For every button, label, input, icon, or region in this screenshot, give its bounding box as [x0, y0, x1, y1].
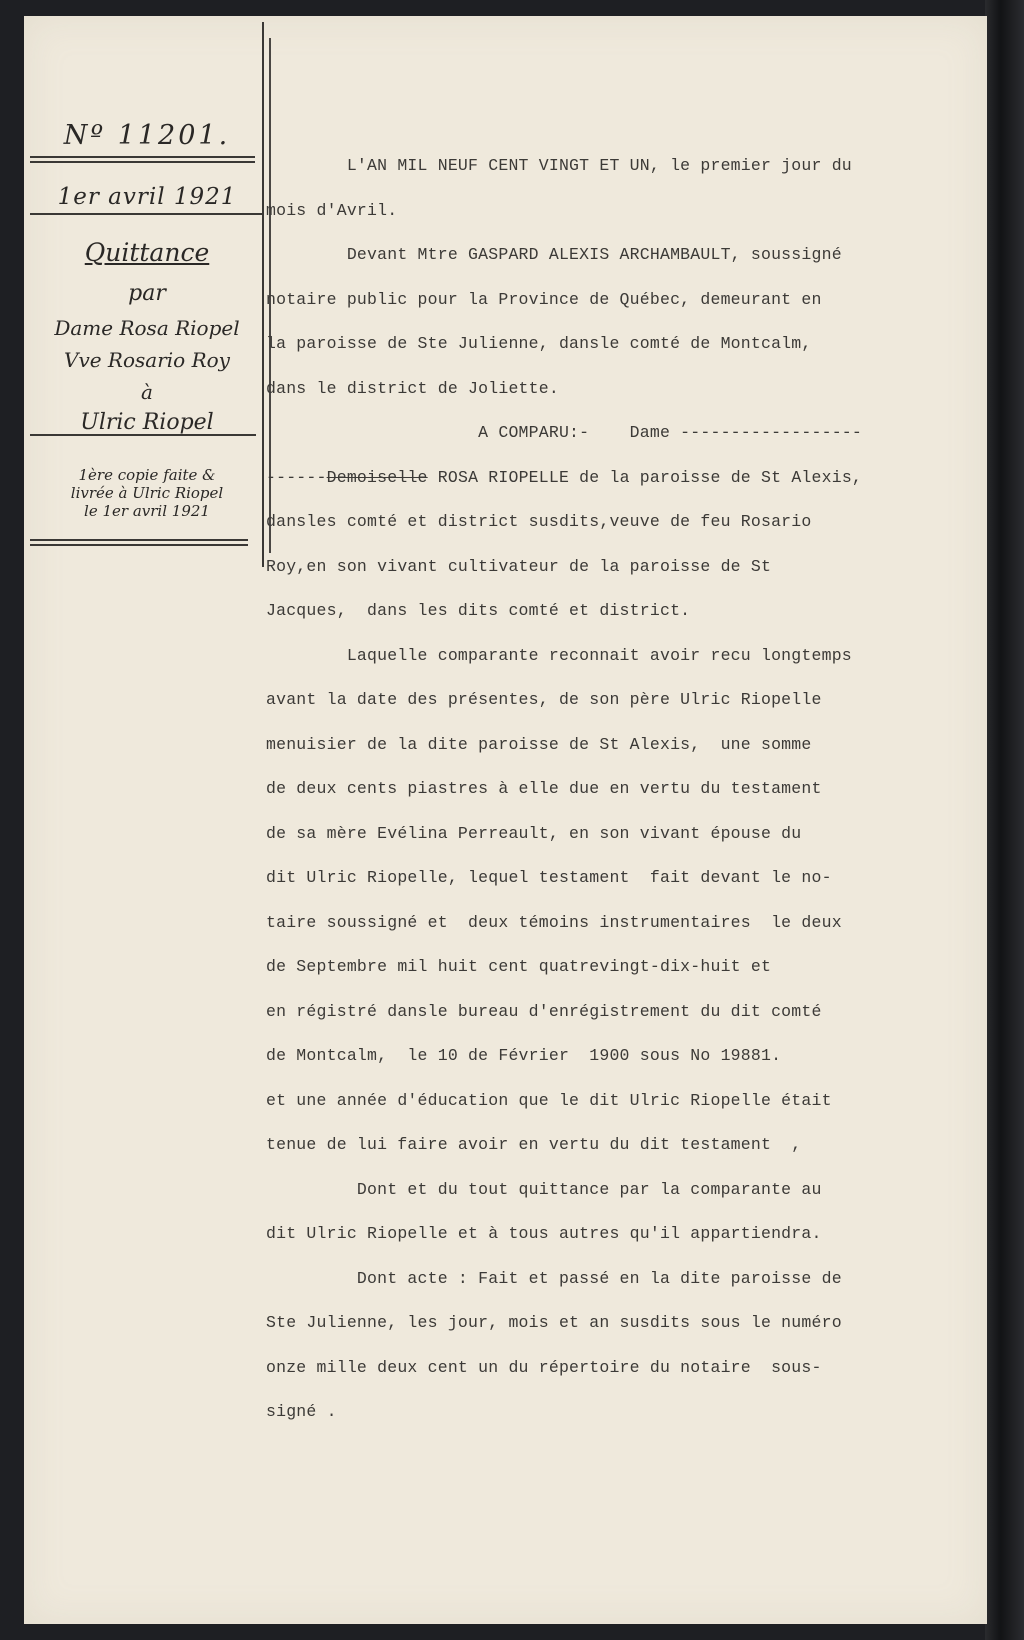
party1-name: Dame Rosa Riopel	[32, 316, 262, 340]
text-line: signé .	[266, 1390, 986, 1435]
text-line: avant la date des présentes, de son père…	[266, 678, 986, 723]
text-line: Ste Julienne, les jour, mois et an susdi…	[266, 1301, 986, 1346]
text-line: taire soussigné et deux témoins instrume…	[266, 901, 986, 946]
text-line: de Septembre mil huit cent quatrevingt-d…	[266, 945, 986, 990]
text-line: dit Ulric Riopelle et à tous autres qu'i…	[266, 1212, 986, 1257]
copy-note-line: le 1er avril 1921	[32, 502, 262, 520]
text-line: de deux cents piastres à elle due en ver…	[266, 767, 986, 812]
text-line: notaire public pour la Province de Québe…	[266, 278, 986, 323]
dash-fill: ------	[266, 468, 327, 487]
margin-divider	[30, 539, 248, 541]
text-line: tenue de lui faire avoir en vertu du dit…	[266, 1123, 986, 1168]
text-line: Dont acte : Fait et passé en la dite par…	[266, 1257, 986, 1302]
text-line: dit Ulric Riopelle, lequel testament fai…	[266, 856, 986, 901]
text-line: L'AN MIL NEUF CENT VINGT ET UN, le premi…	[266, 144, 986, 189]
text-line: menuisier de la dite paroisse de St Alex…	[266, 723, 986, 768]
margin-a: à	[32, 380, 262, 404]
struck-word: Demoiselle	[327, 468, 428, 487]
text-line: Dont et du tout quittance par la compara…	[266, 1168, 986, 1213]
copy-note-line: livrée à Ulric Riopel	[32, 484, 262, 502]
text-line: Devant Mtre GASPARD ALEXIS ARCHAMBAULT, …	[266, 233, 986, 278]
act-number: Nº 11201.	[32, 120, 262, 151]
text-line: onze mille deux cent un du répertoire du…	[266, 1346, 986, 1391]
text-line: dans le district de Joliette.	[266, 367, 986, 412]
text-line: la paroisse de Ste Julienne, dansle comt…	[266, 322, 986, 367]
margin-rule	[262, 22, 264, 567]
text-line: Jacques, dans les dits comté et district…	[266, 589, 986, 634]
text-line: dansles comté et district susdits,veuve …	[266, 500, 986, 545]
deed-text: L'AN MIL NEUF CENT VINGT ET UN, le premi…	[266, 144, 986, 1435]
text-line: Laquelle comparante reconnait avoir recu…	[266, 634, 986, 679]
text-span: ROSA RIOPELLE de la paroisse de St Alexi…	[428, 468, 862, 487]
text-line: ------Demoiselle ROSA RIOPELLE de la par…	[266, 456, 986, 501]
copy-note: 1ère copie faite & livrée à Ulric Riopel…	[32, 466, 262, 520]
copy-note-line: 1ère copie faite &	[32, 466, 262, 484]
margin-divider	[30, 156, 255, 158]
act-type: Quittance	[32, 238, 262, 267]
act-date: 1er avril 1921	[32, 184, 262, 210]
party1-status: Vve Rosario Roy	[32, 348, 262, 372]
text-line: de sa mère Evélina Perreault, en son viv…	[266, 812, 986, 857]
text-line: et une année d'éducation que le dit Ulri…	[266, 1079, 986, 1124]
text-line: en régistré dansle bureau d'enrégistreme…	[266, 990, 986, 1035]
scan-frame-edge	[985, 0, 1024, 1640]
party2-name: Ulric Riopel	[32, 410, 262, 435]
margin-par: par	[32, 281, 262, 306]
text-line: mois d'Avril.	[266, 189, 986, 234]
text-line: A COMPARU:- Dame ------------------	[266, 411, 986, 456]
document-page: Nº 11201. 1er avril 1921 Quittance par D…	[24, 16, 987, 1624]
text-line: de Montcalm, le 10 de Février 1900 sous …	[266, 1034, 986, 1079]
margin-divider	[30, 213, 262, 215]
text-line: Roy,en son vivant cultivateur de la paro…	[266, 545, 986, 590]
